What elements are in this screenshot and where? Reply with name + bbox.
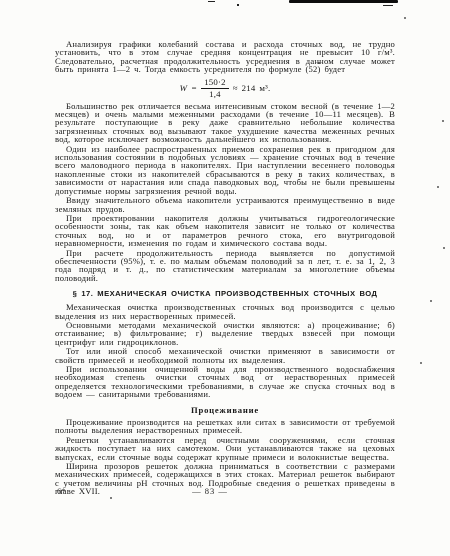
paragraph-earthen-ponds: Ввиду значительного объема накопители ус… — [55, 196, 395, 213]
scan-artifact-dash — [237, 4, 239, 6]
formula-fraction: 150·2 1,4 — [201, 78, 229, 99]
paragraph-mechanical-purpose: Механическая очистка производственных ст… — [55, 303, 395, 320]
formula-numerator: 150·2 — [201, 78, 229, 89]
paragraph-methods-list: Основными методами механической очистки … — [55, 321, 395, 346]
paragraph-river-flow: Большинство рек отличается весьма интенс… — [55, 102, 395, 144]
paragraph-screens-placement: Решетки устанавливаются перед очистными … — [55, 436, 395, 461]
paragraph-averaging: Анализируя графики колебаний состава и р… — [55, 40, 395, 74]
paragraph-storage-ponds: Один из наиболее распространенных приемо… — [55, 145, 395, 195]
section-heading-mechanical-treatment: § 17. МЕХАНИЧЕСКАЯ ОЧИСТКА ПРОИЗВОДСТВЕН… — [55, 289, 395, 298]
subsection-heading-screening: Процеживание — [55, 406, 395, 414]
scan-noise-dot — [437, 186, 439, 188]
paragraph-design-considerations: При проектировании накопителя должны учи… — [55, 214, 395, 248]
paragraph-method-choice: Тот или иной способ механической очистки… — [55, 347, 395, 364]
scan-noise-dot — [430, 300, 432, 302]
scan-artifact-bar — [289, 0, 398, 3]
scan-artifact-dash — [383, 5, 393, 6]
paragraph-probability-calc: При расчете продолжительность периода вы… — [55, 249, 395, 283]
footer-signature-mark: 6* — [57, 486, 66, 496]
scan-noise-dot — [443, 247, 445, 249]
formula-lhs: W = — [180, 84, 198, 93]
text-column: Анализируя графики колебаний состава и р… — [55, 40, 395, 497]
footer-page-number: — 83 — — [150, 486, 270, 496]
scanned-book-page: Анализируя графики колебаний состава и р… — [0, 0, 450, 556]
scan-noise-dot — [442, 120, 444, 122]
formula-averager-volume: W = 150·2 1,4 ≈ 214 м³. — [55, 78, 395, 99]
formula-denominator: 1,4 — [201, 89, 229, 99]
scan-noise-dot — [420, 362, 422, 364]
paragraph-screening-purpose: Процеживание производится на решетках ил… — [55, 418, 395, 435]
formula-result: ≈ 214 м³. — [233, 84, 271, 93]
scan-noise-dot — [110, 497, 112, 499]
paragraph-treatment-requirements: При использовании очищенной воды для про… — [55, 365, 395, 399]
scan-artifact-dash — [208, 1, 215, 2]
scan-noise-dot — [404, 17, 406, 19]
